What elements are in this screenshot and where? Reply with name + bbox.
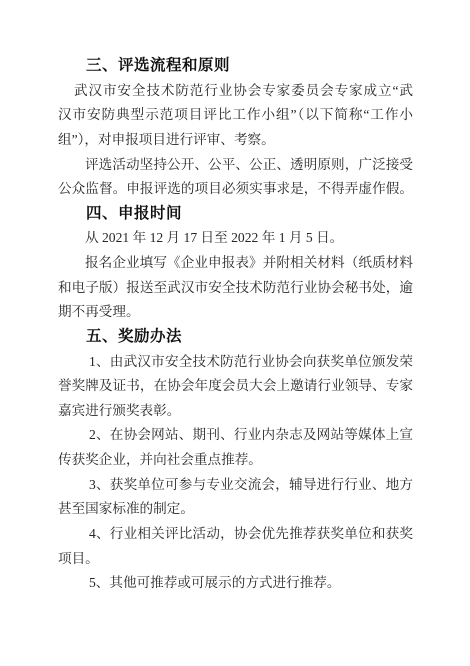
list-item-line: 誉奖牌及证书，在协会年度会员大会上邀请行业领导、专家 — [58, 374, 413, 399]
paragraph-line: 武汉市安全技术防范行业协会专家委员会专家成立“武 — [58, 79, 413, 104]
paragraph-line: 报名企业填写《企业申报表》并附相关材料（纸质材料 — [58, 251, 413, 276]
paragraph-line: 汉市安防典型示范项目评比工作小组”（以下简称“工作小 — [58, 103, 413, 128]
list-item-line: 嘉宾进行颁奖表彰。 — [58, 399, 413, 424]
section-heading-reward-methods: 五、奖励办法 — [58, 325, 413, 350]
list-item-line: 5、其他可推荐或可展示的方式进行推荐。 — [58, 571, 413, 596]
list-item-line: 2、在协会网站、期刊、行业内杂志及网站等媒体上宣 — [58, 423, 413, 448]
list-item-line: 4、行业相关评比活动，协会优先推荐获奖单位和获奖 — [58, 522, 413, 547]
paragraph-line: 和电子版）报送至武汉市安全技术防范行业协会秘书处，逾 — [58, 276, 413, 301]
paragraph-line: 公众监督。申报评选的项目必须实事求是，不得弄虚作假。 — [58, 177, 413, 202]
list-item-line: 甚至国家标准的制定。 — [58, 497, 413, 522]
list-item-line: 3、获奖单位可参与专业交流会，辅导进行行业、地方 — [58, 473, 413, 498]
section-heading-application-time: 四、申报时间 — [58, 202, 413, 227]
document-page: 三、评选流程和原则 武汉市安全技术防范行业协会专家委员会专家成立“武 汉市安防典… — [0, 0, 470, 666]
paragraph-line: 期不再受理。 — [58, 300, 413, 325]
list-item-line: 1、由武汉市安全技术防范行业协会向获奖单位颁发荣 — [58, 350, 413, 375]
list-item-line: 项目。 — [58, 547, 413, 572]
list-item-line: 传获奖企业，并向社会重点推荐。 — [58, 448, 413, 473]
paragraph-line: 评选活动坚持公开、公平、公正、透明原则，广泛接受 — [58, 153, 413, 178]
document-text: 三、评选流程和原则 武汉市安全技术防范行业协会专家委员会专家成立“武 汉市安防典… — [58, 54, 413, 596]
paragraph-line: 组”），对申报项目进行评审、考察。 — [58, 128, 413, 153]
section-heading-selection-process: 三、评选流程和原则 — [58, 54, 413, 79]
paragraph-line-date-range: 从 2021 年 12 月 17 日至 2022 年 1 月 5 日。 — [58, 226, 413, 251]
